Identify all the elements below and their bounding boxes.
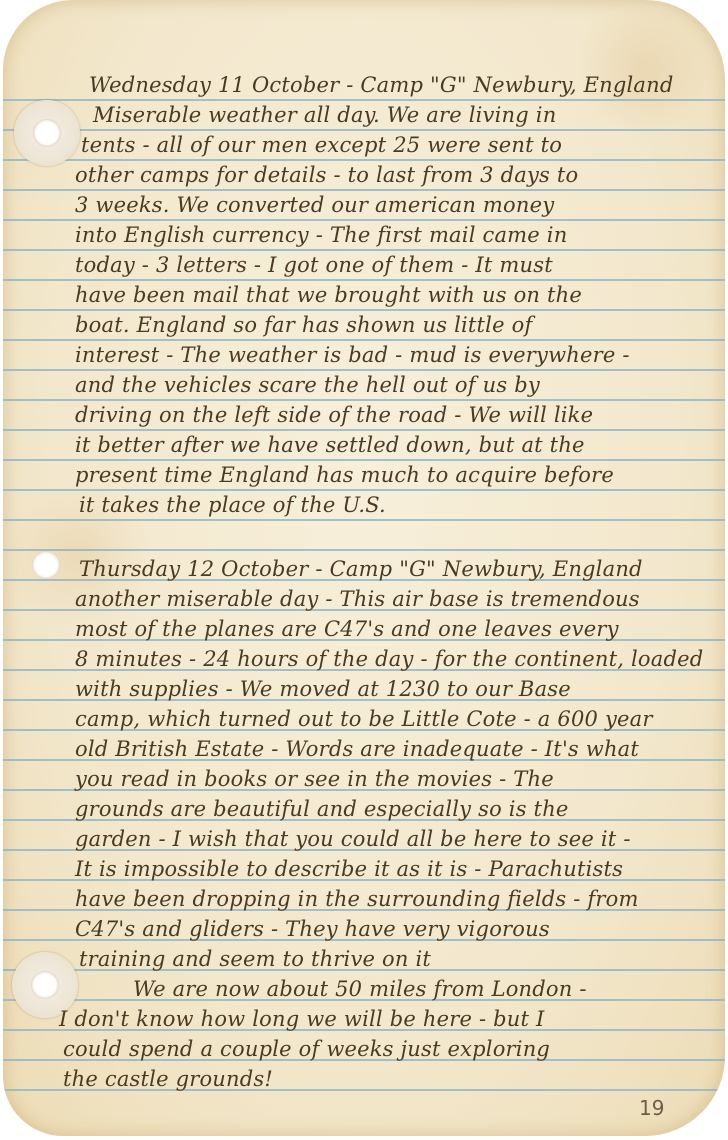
entry-line: Miserable weather all day. We are living…	[93, 102, 556, 128]
rule-line	[3, 429, 725, 431]
entry-line: tents - all of our men except 25 were se…	[81, 132, 562, 158]
entry-line: boat. England so far has shown us little…	[75, 312, 532, 338]
entry-line: camp, which turned out to be Little Cote…	[75, 706, 653, 732]
rule-line	[3, 399, 725, 401]
rule-line	[3, 219, 725, 221]
entry-line: into English currency - The first mail c…	[75, 222, 567, 248]
entry-line: have been dropping in the surrounding fi…	[75, 886, 639, 912]
diary-page: Wednesday 11 October - Camp "G" Newbury,…	[3, 0, 725, 1136]
entry-heading: Wednesday 11 October - Camp "G" Newbury,…	[89, 72, 674, 98]
entry-line: present time England has much to acquire…	[75, 462, 614, 488]
entry-line: training and seem to thrive on it	[79, 946, 431, 972]
entry-line: could spend a couple of weeks just explo…	[63, 1036, 550, 1062]
entry-line: with supplies - We moved at 1230 to our …	[75, 676, 571, 702]
entry-line: it better after we have settled down, bu…	[75, 432, 585, 458]
entry-line: and the vehicles scare the hell out of u…	[75, 372, 540, 398]
entry-line: I don't know how long we will be here - …	[59, 1006, 545, 1032]
stain	[563, 10, 723, 130]
entry-line: most of the planes are C47's and one lea…	[75, 616, 619, 642]
rule-line	[3, 129, 725, 131]
entry-line: have been mail that we brought with us o…	[75, 282, 582, 308]
binder-hole	[33, 119, 61, 147]
entry-line: another miserable day - This air base is…	[75, 586, 640, 612]
entry-line: 8 minutes - 24 hours of the day - for th…	[75, 646, 703, 672]
entry-line: 3 weeks. We converted our american money	[75, 192, 554, 218]
entry-line: garden - I wish that you could all be he…	[75, 826, 631, 852]
entry-line: interest - The weather is bad - mud is e…	[75, 342, 630, 368]
entry-line: you read in books or see in the movies -…	[75, 766, 554, 792]
entry-line: C47's and gliders - They have very vigor…	[75, 916, 550, 942]
rule-line	[3, 459, 725, 461]
rule-line	[3, 339, 725, 341]
entry-line: today - 3 letters - I got one of them - …	[75, 252, 553, 278]
entry-line: it takes the place of the U.S.	[79, 492, 386, 518]
rule-line	[3, 369, 725, 371]
entry-line: the castle grounds!	[63, 1066, 273, 1092]
entry-line: driving on the left side of the road - W…	[75, 402, 593, 428]
entry-line: grounds are beautiful and especially so …	[75, 796, 569, 822]
entry-line: We are now about 50 miles from London -	[133, 976, 587, 1002]
rule-line	[3, 309, 725, 311]
entry-line: other camps for details - to last from 3…	[75, 162, 578, 188]
entry-line: old British Estate - Words are inadequat…	[75, 736, 639, 762]
rule-line	[3, 249, 725, 251]
entry-heading: Thursday 12 October - Camp "G" Newbury, …	[79, 556, 643, 582]
binder-hole	[32, 551, 60, 579]
rule-line	[3, 159, 725, 161]
rule-line	[3, 189, 725, 191]
binder-hole	[31, 971, 59, 999]
rule-line	[3, 279, 725, 281]
page-number: 19	[639, 1096, 664, 1120]
entry-line: It is impossible to describe it as it is…	[75, 856, 623, 882]
